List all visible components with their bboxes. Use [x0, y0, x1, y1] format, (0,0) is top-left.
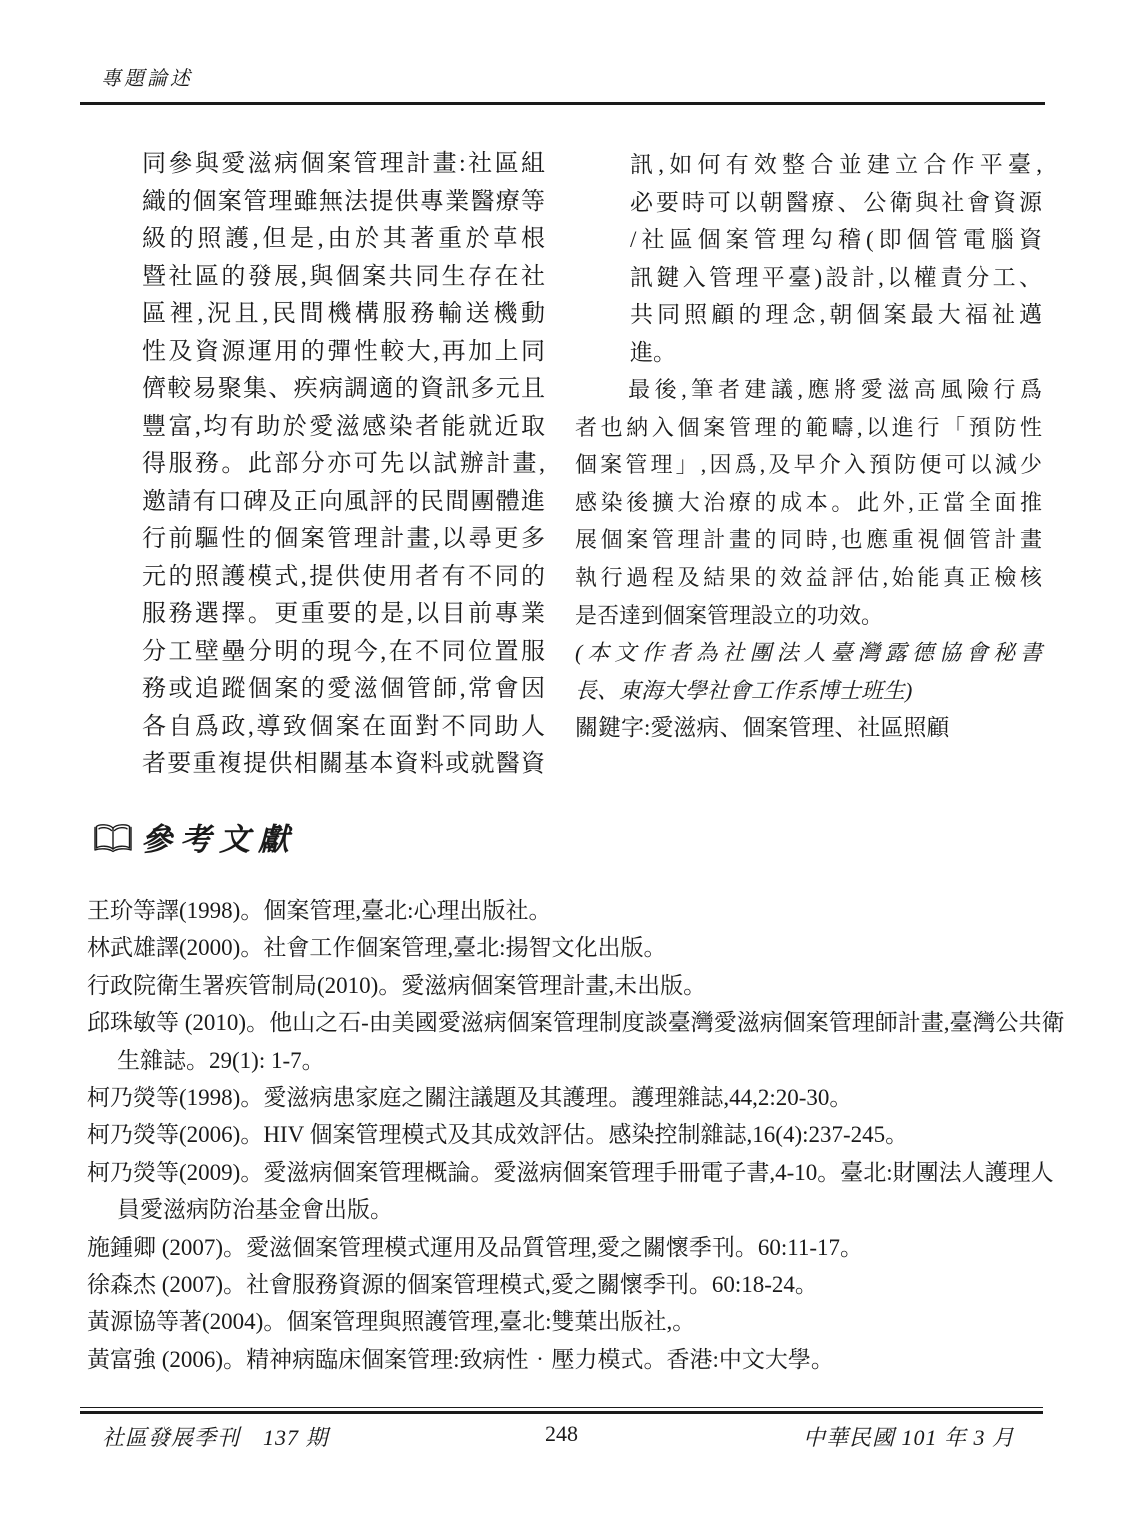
text-line: 者也納入個案管理的範疇,以進行「預防性 [575, 409, 1042, 447]
reference-entry: 邱珠敏等 (2010)。他山之石-由美國愛滋病個案管理制度談臺灣愛滋病個案管理師… [87, 1004, 1065, 1079]
text-line: 織的個案管理雖無法提供專業醫療等 [142, 184, 545, 222]
text-line: 區裡,況且,民間機構服務輸送機動 [142, 296, 545, 334]
reference-entry: 柯乃熒等(1998)。愛滋病患家庭之關注議題及其護理。護理雜誌,44,2:20-… [87, 1079, 1065, 1116]
text-line: 暨社區的發展,與個案共同生存在社 [142, 259, 545, 297]
text-line: 性及資源運用的彈性較大,再加上同 [142, 334, 545, 372]
text-line: 行前驅性的個案管理計畫,以尋更多 [142, 521, 545, 559]
running-head: 專題論述 [101, 62, 193, 91]
references-title: 參考文獻 [141, 814, 297, 859]
page-number: 248 [545, 1421, 578, 1447]
journal-page: 專題論述 同參與愛滋病個案管理計畫:社區組織的個案管理雖無法提供專業醫療等級的照… [0, 0, 1123, 1536]
text-line: 者要重複提供相關基本資料或就醫資 [142, 746, 545, 784]
references-list: 王玠等譯(1998)。個案管理,臺北:心理出版社。林武雄譯(2000)。社會工作… [87, 892, 1065, 1378]
text-line: 進。 [630, 334, 1042, 372]
text-line: 個案管理」,因爲,及早介入預防便可以減少 [575, 446, 1042, 484]
reference-entry: 黃富強 (2006)。精神病臨床個案管理:致病性‧壓力模式。香港:中文大學。 [87, 1341, 1065, 1378]
reference-entry: 林武雄譯(2000)。社會工作個案管理,臺北:揚智文化出版。 [87, 929, 1065, 966]
text-line: 共同照顧的理念,朝個案最大福祉邁 [630, 296, 1042, 334]
footer-rule [80, 1407, 1043, 1414]
text-line: 分工壁壘分明的現今,在不同位置服 [142, 634, 545, 672]
author-note-line: 長、東海大學社會工作系博士班生) [575, 672, 1042, 710]
paragraph-final: 最後,筆者建議,應將愛滋高風險行爲者也納入個案管理的範疇,以進行「預防性個案管理… [575, 371, 1042, 634]
reference-entry: 黃源協等著(2004)。個案管理與照護管理,臺北:雙葉出版社,。 [87, 1303, 1065, 1340]
text-line: 級的照護,但是,由於其著重於草根 [142, 221, 545, 259]
author-note: (本文作者為社團法人臺灣露德協會秘書長、東海大學社會工作系博士班生) [575, 634, 1042, 709]
reference-entry: 柯乃熒等(2009)。愛滋病個案管理概論。愛滋病個案管理手冊電子書,4-10。臺… [87, 1154, 1065, 1229]
article-left-column: 同參與愛滋病個案管理計畫:社區組織的個案管理雖無法提供專業醫療等級的照護,但是,… [142, 146, 545, 784]
text-line: 務或追蹤個案的愛滋個管師,常會因 [142, 671, 545, 709]
open-book-icon [93, 821, 133, 853]
text-line: 訊,如何有效整合並建立合作平臺, [630, 146, 1042, 184]
reference-entry: 柯乃熒等(2006)。HIV 個案管理模式及其成效評估。感染控制雜誌,16(4)… [87, 1116, 1065, 1153]
article-right-column: 訊,如何有效整合並建立合作平臺,必要時可以朝醫療、公衛與社會資源/社區個案管理勾… [575, 146, 1042, 747]
references-heading: 參考文獻 [93, 814, 297, 859]
journal-name: 社區發展季刊 137 期 [102, 1421, 329, 1452]
text-line: 各自爲政,導致個案在面對不同助人 [142, 709, 545, 747]
header-rule [80, 102, 1045, 105]
text-line: 是否達到個案管理設立的功效。 [575, 597, 1042, 635]
text-line: 邀請有口碑及正向風評的民間團體進 [142, 484, 545, 522]
reference-entry: 行政院衛生署疾管制局(2010)。愛滋病個案管理計畫,未出版。 [87, 967, 1065, 1004]
paragraph-continuation: 訊,如何有效整合並建立合作平臺,必要時可以朝醫療、公衛與社會資源/社區個案管理勾… [630, 146, 1042, 371]
text-line: 展個案管理計畫的同時,也應重視個管計畫 [575, 521, 1042, 559]
text-line: 最後,筆者建議,應將愛滋高風險行爲 [575, 371, 1042, 409]
text-line: 執行過程及結果的效益評估,始能真正檢核 [575, 559, 1042, 597]
text-line: 必要時可以朝醫療、公衛與社會資源 [630, 184, 1042, 222]
author-note-line: (本文作者為社團法人臺灣露德協會秘書 [575, 634, 1042, 672]
text-line: 同參與愛滋病個案管理計畫:社區組 [142, 146, 545, 184]
keywords-line: 關鍵字:愛滋病、個案管理、社區照顧 [575, 709, 1042, 747]
text-line: 儕較易聚集、疾病調適的資訊多元且 [142, 371, 545, 409]
text-line: 元的照護模式,提供使用者有不同的 [142, 559, 545, 597]
publication-date: 中華民國 101 年 3 月 [803, 1421, 1015, 1452]
text-line: 服務選擇。更重要的是,以目前專業 [142, 596, 545, 634]
text-line: 訊鍵入管理平臺)設計,以權責分工、 [630, 259, 1042, 297]
text-line: 得服務。此部分亦可先以試辦計畫, [142, 446, 545, 484]
text-line: 感染後擴大治療的成本。此外,正當全面推 [575, 484, 1042, 522]
text-line: /社區個案管理勾稽(即個管電腦資 [630, 221, 1042, 259]
reference-entry: 施鍾卿 (2007)。愛滋個案管理模式運用及品質管理,愛之關懷季刊。60:11-… [87, 1229, 1065, 1266]
reference-entry: 徐森杰 (2007)。社會服務資源的個案管理模式,愛之關懷季刊。60:18-24… [87, 1266, 1065, 1303]
reference-entry: 王玠等譯(1998)。個案管理,臺北:心理出版社。 [87, 892, 1065, 929]
text-line: 豐富,均有助於愛滋感染者能就近取 [142, 409, 545, 447]
